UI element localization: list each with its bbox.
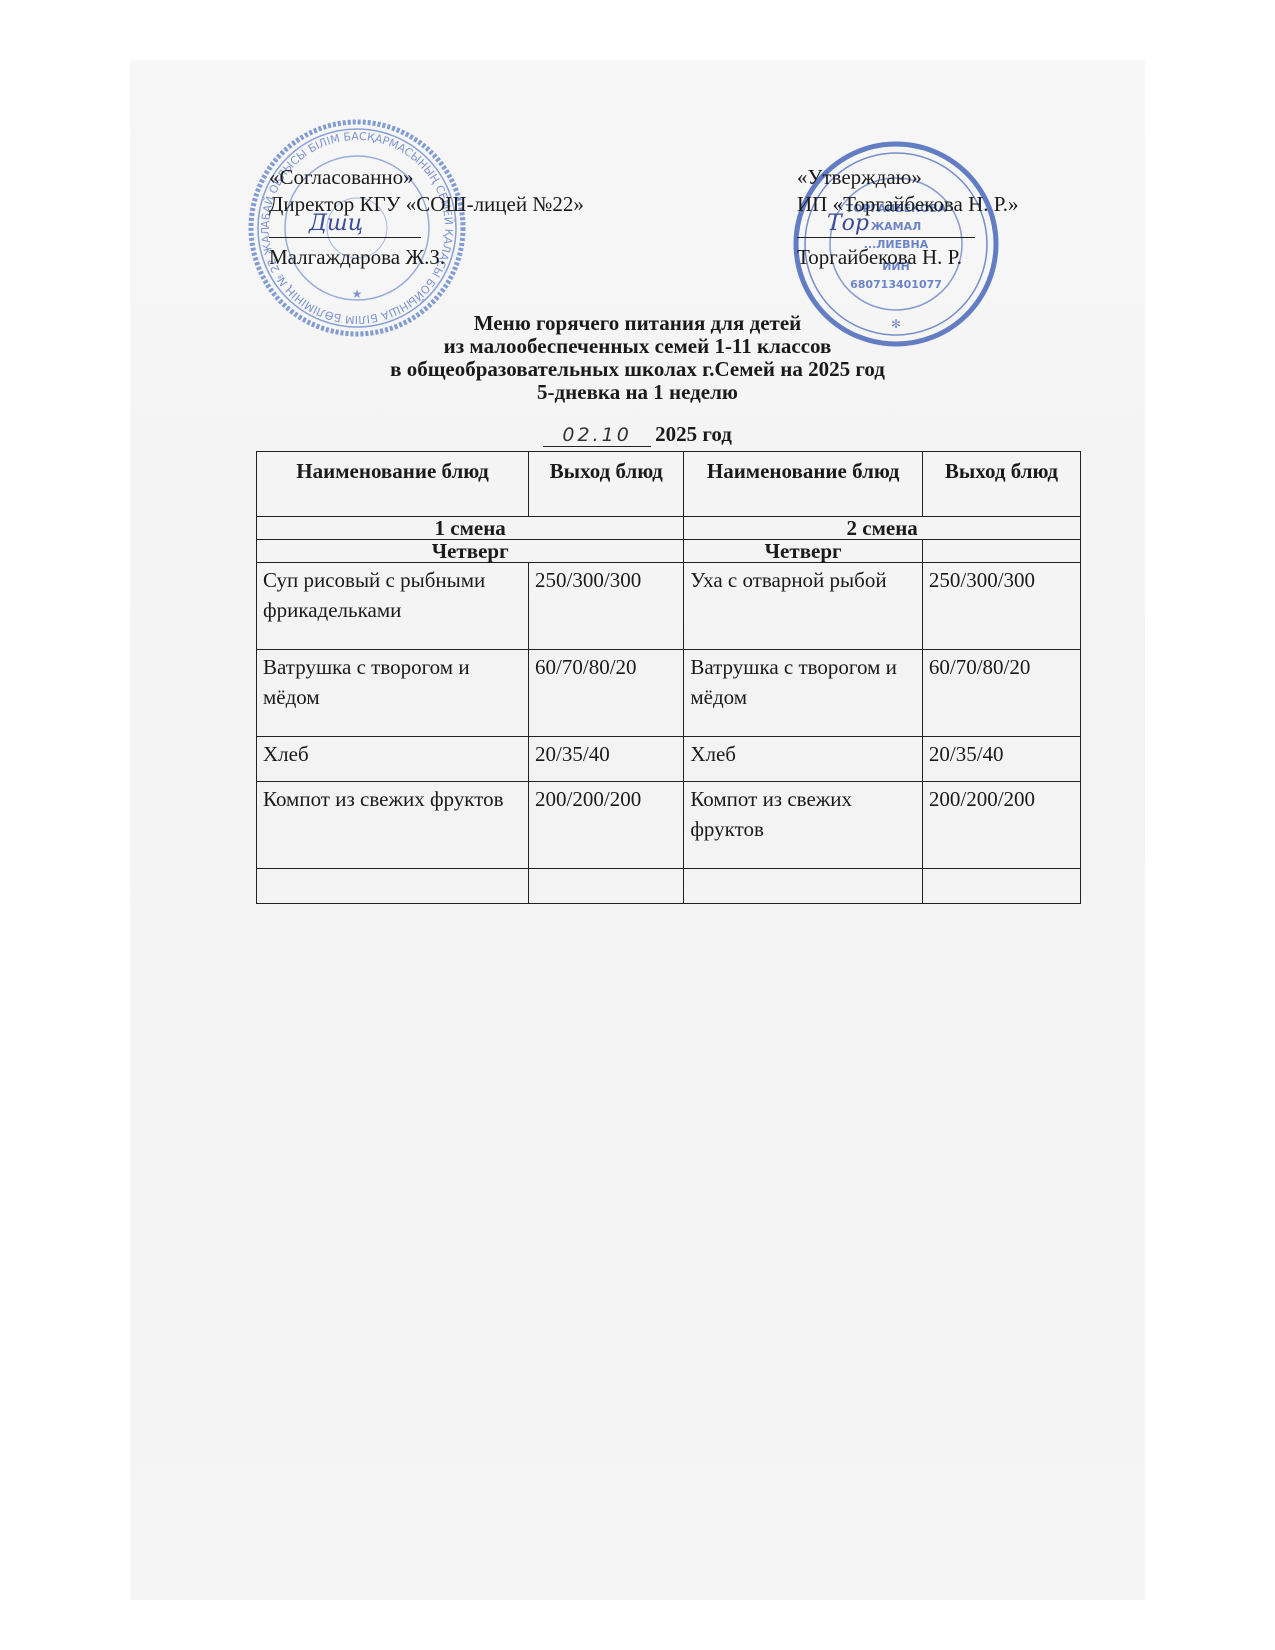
shift-1: 1 смена [257,517,684,540]
yield-1 [529,869,684,904]
day-row: Четверг Четверг [257,540,1081,563]
director-signature: Дшц [309,210,363,237]
day-empty-cell [922,540,1080,563]
yield-2: 250/300/300 [922,563,1080,650]
svg-text:★: ★ [352,287,363,301]
approved-block: «Утверждаю» ИП «Торгайбекова Н. Р.» Тор … [797,164,1019,271]
dish-1: Компот из свежих фруктов [257,782,529,869]
dish-1: Ватрушка с творогом и мёдом [257,650,529,737]
shift-row: 1 смена 2 смена [257,517,1081,540]
yield-2: 60/70/80/20 [922,650,1080,737]
header-yield-1: Выход блюд [529,452,684,517]
svg-text:680713401077: 680713401077 [850,278,942,291]
table-row-empty [257,869,1081,904]
table-row: Хлеб 20/35/40 Хлеб 20/35/40 [257,737,1081,782]
agreed-label: «Согласованно» [269,164,584,191]
yield-1: 60/70/80/20 [529,650,684,737]
dish-2: Ватрушка с творогом и мёдом [684,650,923,737]
header-dish-1: Наименование блюд [257,452,529,517]
yield-1: 250/300/300 [529,563,684,650]
approved-label: «Утверждаю» [797,164,1019,191]
title-line-2: из малообеспеченных семей 1-11 классов [0,335,1275,358]
title-line-1: Меню горячего питания для детей [0,312,1275,335]
table-row: Ватрушка с творогом и мёдом 60/70/80/20 … [257,650,1081,737]
table-row: Суп рисовый с рыбными фрикадельками 250/… [257,563,1081,650]
day-shift-2: Четверг [684,540,923,563]
entrepreneur-name: Торгайбекова Н. Р. [797,244,1019,271]
yield-1: 20/35/40 [529,737,684,782]
yield-2 [922,869,1080,904]
shift-2: 2 смена [684,517,1081,540]
entrepreneur-signature: Тор [827,210,869,237]
yield-1: 200/200/200 [529,782,684,869]
day-shift-1: Четверг [257,540,684,563]
dish-1: Хлеб [257,737,529,782]
agreed-block: «Согласованно» Директор КГУ «СОШ-лицей №… [269,164,584,271]
director-name: Малгаждарова Ж.З. [269,244,584,271]
handwritten-date: 02.10 [543,424,651,447]
table-row: Компот из свежих фруктов 200/200/200 Ком… [257,782,1081,869]
dish-2 [684,869,923,904]
yield-2: 20/35/40 [922,737,1080,782]
title-line-3: в общеобразовательных школах г.Семей на … [0,358,1275,381]
dish-2: Хлеб [684,737,923,782]
date-year: 2025 год [655,422,732,446]
yield-2: 200/200/200 [922,782,1080,869]
document-title: Меню горячего питания для детей из малоо… [0,312,1275,404]
menu-table: Наименование блюд Выход блюд Наименовани… [256,451,1081,904]
header-dish-2: Наименование блюд [684,452,923,517]
title-line-4: 5-дневка на 1 неделю [0,381,1275,404]
dish-2: Уха с отварной рыбой [684,563,923,650]
table-header-row: Наименование блюд Выход блюд Наименовани… [257,452,1081,517]
document-date: 02.102025 год [0,422,1275,447]
signature-line [797,235,975,238]
dish-2: Компот из свежих фруктов [684,782,923,869]
dish-1 [257,869,529,904]
dish-1: Суп рисовый с рыбными фрикадельками [257,563,529,650]
header-yield-2: Выход блюд [922,452,1080,517]
